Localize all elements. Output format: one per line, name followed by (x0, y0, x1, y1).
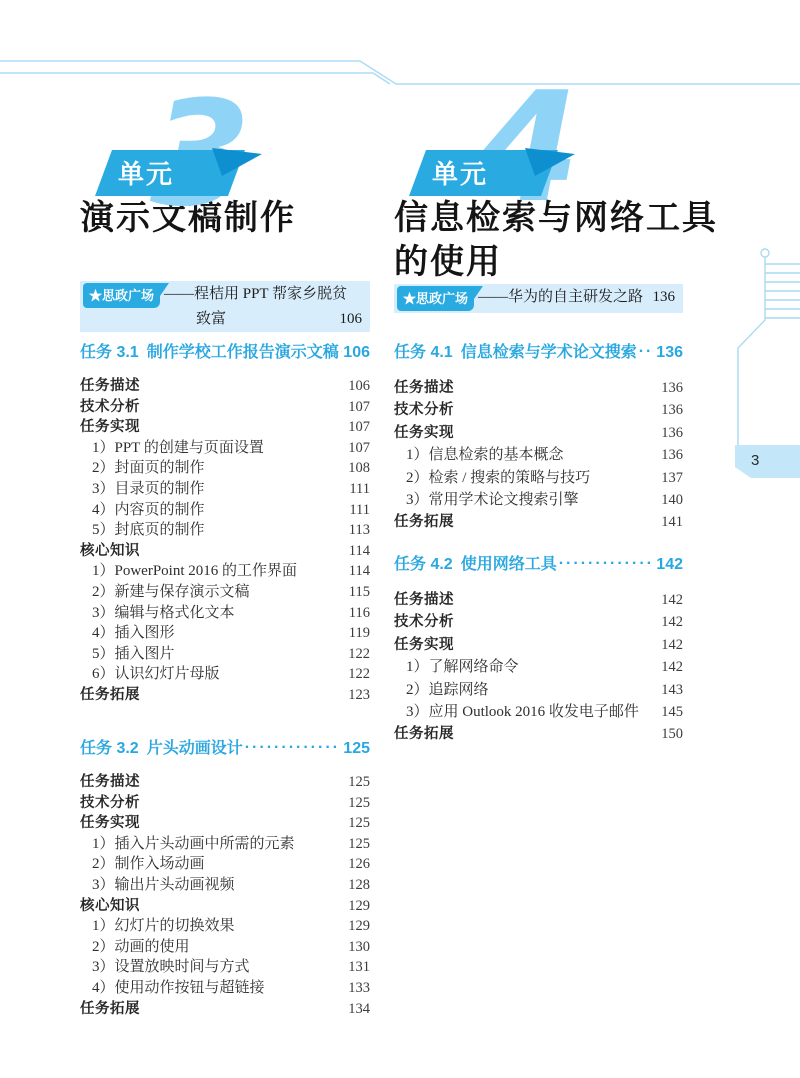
toc-item-label: 6）认识幻灯片母版 (80, 662, 348, 683)
toc-item-label: 3）输出片头动画视频 (80, 873, 348, 894)
toc-item-page-number: 108 (348, 460, 370, 477)
toc-item-page-number: 122 (348, 646, 370, 663)
toc-row: 6）认识幻灯片母版 122 (80, 662, 370, 683)
toc-item-page-number: 116 (349, 605, 370, 622)
toc-item-label: 5）封底页的制作 (80, 518, 349, 539)
toc-item-page-number: 136 (661, 447, 683, 464)
task-block: 任务 4.1 信息检索与学术论文搜索 ·····················… (394, 342, 683, 533)
toc-row: 核心知识 114 (80, 539, 370, 560)
unit-banner: 单元 (394, 80, 664, 210)
toc-item-label: 1）PowerPoint 2016 的工作界面 (80, 559, 349, 580)
toc-item-page-number: 125 (348, 815, 370, 832)
toc-item-label: 2）制作入场动画 (80, 852, 348, 873)
toc-row: 核心知识 129 (80, 894, 370, 915)
toc-item-label: 技术分析 (394, 610, 661, 631)
toc-row: 任务拓展 150 (394, 722, 683, 744)
task-page-number: 142 (656, 554, 683, 576)
toc-item-label: 技术分析 (80, 395, 348, 416)
toc-item-label: 1）幻灯片的切换效果 (80, 914, 348, 935)
toc-item-page-number: 107 (348, 419, 370, 436)
toc-row: 3）常用学术论文搜索引擎 140 (394, 488, 683, 510)
task-title: 片头动画设计 (147, 738, 243, 760)
toc-row: 任务拓展 141 (394, 510, 683, 532)
toc-row: 2）新建与保存演示文稿 115 (80, 580, 370, 601)
toc-row: 1）了解网络命令 142 (394, 655, 683, 677)
toc-item-page-number: 141 (661, 514, 683, 531)
plaza-badge: ★思政广场 (397, 286, 474, 311)
toc-row: 1）幻灯片的切换效果 129 (80, 914, 370, 935)
task-header: 任务 4.1 信息检索与学术论文搜索 ·····················… (394, 342, 683, 364)
toc-item-page-number: 114 (349, 563, 370, 580)
toc-item-page-number: 107 (348, 399, 370, 416)
toc-item-label: 任务拓展 (394, 510, 661, 531)
toc-item-page-number: 115 (349, 584, 370, 601)
task-title: 信息检索与学术论文搜索 (461, 342, 637, 364)
task-rows: 任务描述 142 技术分析 142 任务实现 142 1）了解网络命令 142 … (394, 588, 683, 745)
unit-3-emblem: 3 单元 (80, 88, 360, 223)
task-3-2-toc: 任务 3.2 片头动画设计 ··························… (80, 738, 370, 1017)
toc-item-label: 5）插入图片 (80, 642, 348, 663)
toc-item-label: 任务实现 (80, 415, 348, 436)
toc-item-label: 2）封面页的制作 (80, 456, 348, 477)
toc-row: 技术分析 125 (80, 791, 370, 812)
toc-row: 3）设置放映时间与方式 131 (80, 955, 370, 976)
toc-item-page-number: 134 (348, 1001, 370, 1018)
task-4-2-toc: 任务 4.2 使用网络工具 ··························… (394, 554, 683, 745)
task-page-number: 136 (656, 342, 683, 364)
toc-item-label: 任务拓展 (80, 997, 348, 1018)
toc-item-label: 任务拓展 (80, 683, 348, 704)
plaza-strip: ★思政广场 ——程桔用 PPT 帮家乡脱贫 致富 106 (80, 281, 370, 332)
dot-leader: ········································… (639, 341, 655, 363)
toc-item-page-number: 111 (349, 481, 370, 498)
toc-row: 任务实现 142 (394, 633, 683, 655)
toc-item-page-number: 129 (348, 918, 370, 935)
plaza-page-number: 136 (653, 285, 676, 310)
toc-item-page-number: 136 (661, 380, 683, 397)
toc-item-label: 3）常用学术论文搜索引擎 (394, 488, 661, 509)
toc-row: 1）PowerPoint 2016 的工作界面 114 (80, 559, 370, 580)
unit-badge-label: 单元 (432, 159, 488, 189)
toc-item-page-number: 142 (661, 637, 683, 654)
task-label: 任务 3.1 (80, 342, 139, 364)
toc-item-page-number: 129 (348, 898, 370, 915)
task-rows: 任务描述 125 技术分析 125 任务实现 125 1）插入片头动画中所需的元… (80, 770, 370, 1017)
toc-item-label: 1）插入片头动画中所需的元素 (80, 832, 348, 853)
unit-3-column: 3 单元 演示文稿制作 ★思政广场 ——程桔用 PPT 帮家乡脱贫 致富 106 (80, 88, 370, 1048)
toc-row: 3）应用 Outlook 2016 收发电子邮件 145 (394, 700, 683, 722)
plaza-line: 致富 (196, 307, 226, 332)
dot-leader: ········································… (559, 553, 655, 575)
toc-item-label: 任务拓展 (394, 722, 661, 743)
toc-item-page-number: 122 (348, 666, 370, 683)
toc-item-label: 4）使用动作按钮与超链接 (80, 976, 348, 997)
toc-item-page-number: 125 (348, 836, 370, 853)
toc-item-page-number: 126 (348, 856, 370, 873)
toc-item-page-number: 113 (349, 522, 370, 539)
unit-badge-label: 单元 (118, 159, 174, 189)
toc-item-page-number: 137 (661, 470, 683, 487)
unit-4-column: 4 单元 信息检索与网络工具 的使用 ★思政广场 ——华为的自主研发之路 136… (394, 80, 683, 1040)
toc-item-page-number: 143 (661, 682, 683, 699)
toc-row: 1）插入片头动画中所需的元素 125 (80, 832, 370, 853)
toc-row: 2）封面页的制作 108 (80, 456, 370, 477)
dot-leader: ········································… (245, 737, 342, 759)
toc-item-page-number: 130 (348, 939, 370, 956)
circle-icon (761, 249, 769, 257)
toc-row: 1）信息检索的基本概念 136 (394, 443, 683, 465)
toc-item-label: 1）信息检索的基本概念 (394, 443, 661, 464)
toc-row: 任务拓展 123 (80, 683, 370, 704)
task-page-number: 125 (343, 738, 370, 760)
toc-item-label: 任务实现 (394, 633, 661, 654)
toc-item-label: 1）PPT 的创建与页面设置 (80, 436, 348, 457)
toc-item-page-number: 142 (661, 614, 683, 631)
toc-item-label: 2）检索 / 搜索的策略与技巧 (394, 466, 661, 487)
task-rows: 任务描述 106 技术分析 107 任务实现 107 1）PPT 的创建与页面设… (80, 374, 370, 704)
plaza-text: ——程桔用 PPT 帮家乡脱贫 致富 106 (164, 282, 362, 332)
toc-item-page-number: 145 (661, 704, 683, 721)
plaza-text: ——华为的自主研发之路 136 (478, 285, 675, 310)
plaza-strip: ★思政广场 ——华为的自主研发之路 136 (394, 284, 683, 313)
toc-item-label: 核心知识 (80, 539, 349, 560)
task-title: 制作学校工作报告演示文稿 (147, 342, 339, 364)
toc-item-label: 核心知识 (80, 894, 348, 915)
toc-item-page-number: 142 (661, 659, 683, 676)
toc-row: 2）动画的使用 130 (80, 935, 370, 956)
toc-page: 3 3 单元 演示文稿制作 ★思政广场 ——程桔用 PPT 帮家乡脱贫 致富 1… (0, 0, 800, 1078)
toc-row: 1）PPT 的创建与页面设置 107 (80, 436, 370, 457)
toc-item-label: 技术分析 (394, 398, 661, 419)
toc-row: 4）插入图形 119 (80, 621, 370, 642)
task-header: 任务 3.1 制作学校工作报告演示文稿 ····················… (80, 342, 370, 364)
toc-row: 3）输出片头动画视频 128 (80, 873, 370, 894)
toc-item-page-number: 142 (661, 592, 683, 609)
toc-row: 2）制作入场动画 126 (80, 852, 370, 873)
toc-item-page-number: 131 (348, 959, 370, 976)
toc-item-page-number: 136 (661, 425, 683, 442)
toc-item-page-number: 106 (348, 378, 370, 395)
toc-row: 任务描述 136 (394, 376, 683, 398)
toc-row: 2）检索 / 搜索的策略与技巧 137 (394, 466, 683, 488)
toc-item-label: 2）追踪网络 (394, 678, 661, 699)
task-label: 任务 4.2 (394, 554, 453, 576)
task-page-number: 106 (343, 342, 370, 364)
page-number: 3 (735, 445, 800, 477)
task-block: 任务 3.2 片头动画设计 ··························… (80, 738, 370, 1017)
toc-item-page-number: 111 (349, 502, 370, 519)
toc-item-label: 3）应用 Outlook 2016 收发电子邮件 (394, 700, 661, 721)
toc-row: 技术分析 136 (394, 398, 683, 420)
toc-row: 技术分析 142 (394, 610, 683, 632)
toc-row: 任务描述 125 (80, 770, 370, 791)
task-block: 任务 3.1 制作学校工作报告演示文稿 ····················… (80, 342, 370, 704)
toc-row: 3）目录页的制作 111 (80, 477, 370, 498)
toc-row: 任务描述 142 (394, 588, 683, 610)
task-block: 任务 4.2 使用网络工具 ··························… (394, 554, 683, 745)
toc-item-label: 3）编辑与格式化文本 (80, 601, 349, 622)
toc-item-page-number: 125 (348, 774, 370, 791)
task-rows: 任务描述 136 技术分析 136 任务实现 136 1）信息检索的基本概念 1… (394, 376, 683, 533)
page-number-tab: 3 (735, 445, 800, 478)
toc-item-label: 3）设置放映时间与方式 (80, 955, 348, 976)
toc-row: 技术分析 107 (80, 395, 370, 416)
toc-item-page-number: 140 (661, 492, 683, 509)
toc-item-label: 3）目录页的制作 (80, 477, 349, 498)
toc-row: 5）封底页的制作 113 (80, 518, 370, 539)
task-label: 任务 4.1 (394, 342, 453, 364)
toc-item-page-number: 123 (348, 687, 370, 704)
task-label: 任务 3.2 (80, 738, 139, 760)
toc-item-page-number: 119 (349, 625, 370, 642)
toc-item-label: 4）插入图形 (80, 621, 349, 642)
toc-item-label: 2）新建与保存演示文稿 (80, 580, 349, 601)
toc-row: 4）内容页的制作 111 (80, 498, 370, 519)
toc-item-label: 1）了解网络命令 (394, 655, 661, 676)
toc-item-page-number: 114 (349, 543, 370, 560)
toc-row: 2）追踪网络 143 (394, 678, 683, 700)
toc-item-page-number: 125 (348, 795, 370, 812)
toc-row: 任务拓展 134 (80, 997, 370, 1018)
task-4-1-toc: 任务 4.1 信息检索与学术论文搜索 ·····················… (394, 342, 683, 533)
toc-item-page-number: 136 (661, 402, 683, 419)
toc-item-page-number: 133 (348, 980, 370, 997)
toc-row: 任务实现 125 (80, 811, 370, 832)
unit-banner: 单元 (80, 88, 350, 218)
task-title: 使用网络工具 (461, 554, 557, 576)
task-3-1-toc: 任务 3.1 制作学校工作报告演示文稿 ····················… (80, 342, 370, 704)
toc-row: 任务实现 136 (394, 421, 683, 443)
toc-item-label: 任务描述 (80, 770, 348, 791)
toc-item-page-number: 128 (348, 877, 370, 894)
toc-item-label: 任务描述 (80, 374, 348, 395)
dot-leader: ········································… (341, 341, 342, 363)
toc-row: 任务描述 106 (80, 374, 370, 395)
toc-item-label: 任务描述 (394, 588, 661, 609)
unit-4-emblem: 4 单元 (394, 80, 674, 215)
toc-item-label: 技术分析 (80, 791, 348, 812)
plaza-page-number: 106 (340, 307, 363, 332)
plaza-line: ——程桔用 PPT 帮家乡脱贫 (164, 282, 347, 307)
toc-item-label: 任务实现 (80, 811, 348, 832)
plaza-badge: ★思政广场 (83, 283, 160, 308)
toc-row: 5）插入图片 122 (80, 642, 370, 663)
task-header: 任务 4.2 使用网络工具 ··························… (394, 554, 683, 576)
toc-item-page-number: 107 (348, 440, 370, 457)
toc-item-label: 任务实现 (394, 421, 661, 442)
toc-item-label: 2）动画的使用 (80, 935, 348, 956)
toc-row: 4）使用动作按钮与超链接 133 (80, 976, 370, 997)
plaza-line: ——华为的自主研发之路 (478, 285, 643, 310)
task-header: 任务 3.2 片头动画设计 ··························… (80, 738, 370, 760)
toc-row: 任务实现 107 (80, 415, 370, 436)
toc-item-page-number: 150 (661, 726, 683, 743)
toc-row: 3）编辑与格式化文本 116 (80, 601, 370, 622)
toc-item-label: 任务描述 (394, 376, 661, 397)
toc-item-label: 4）内容页的制作 (80, 498, 349, 519)
